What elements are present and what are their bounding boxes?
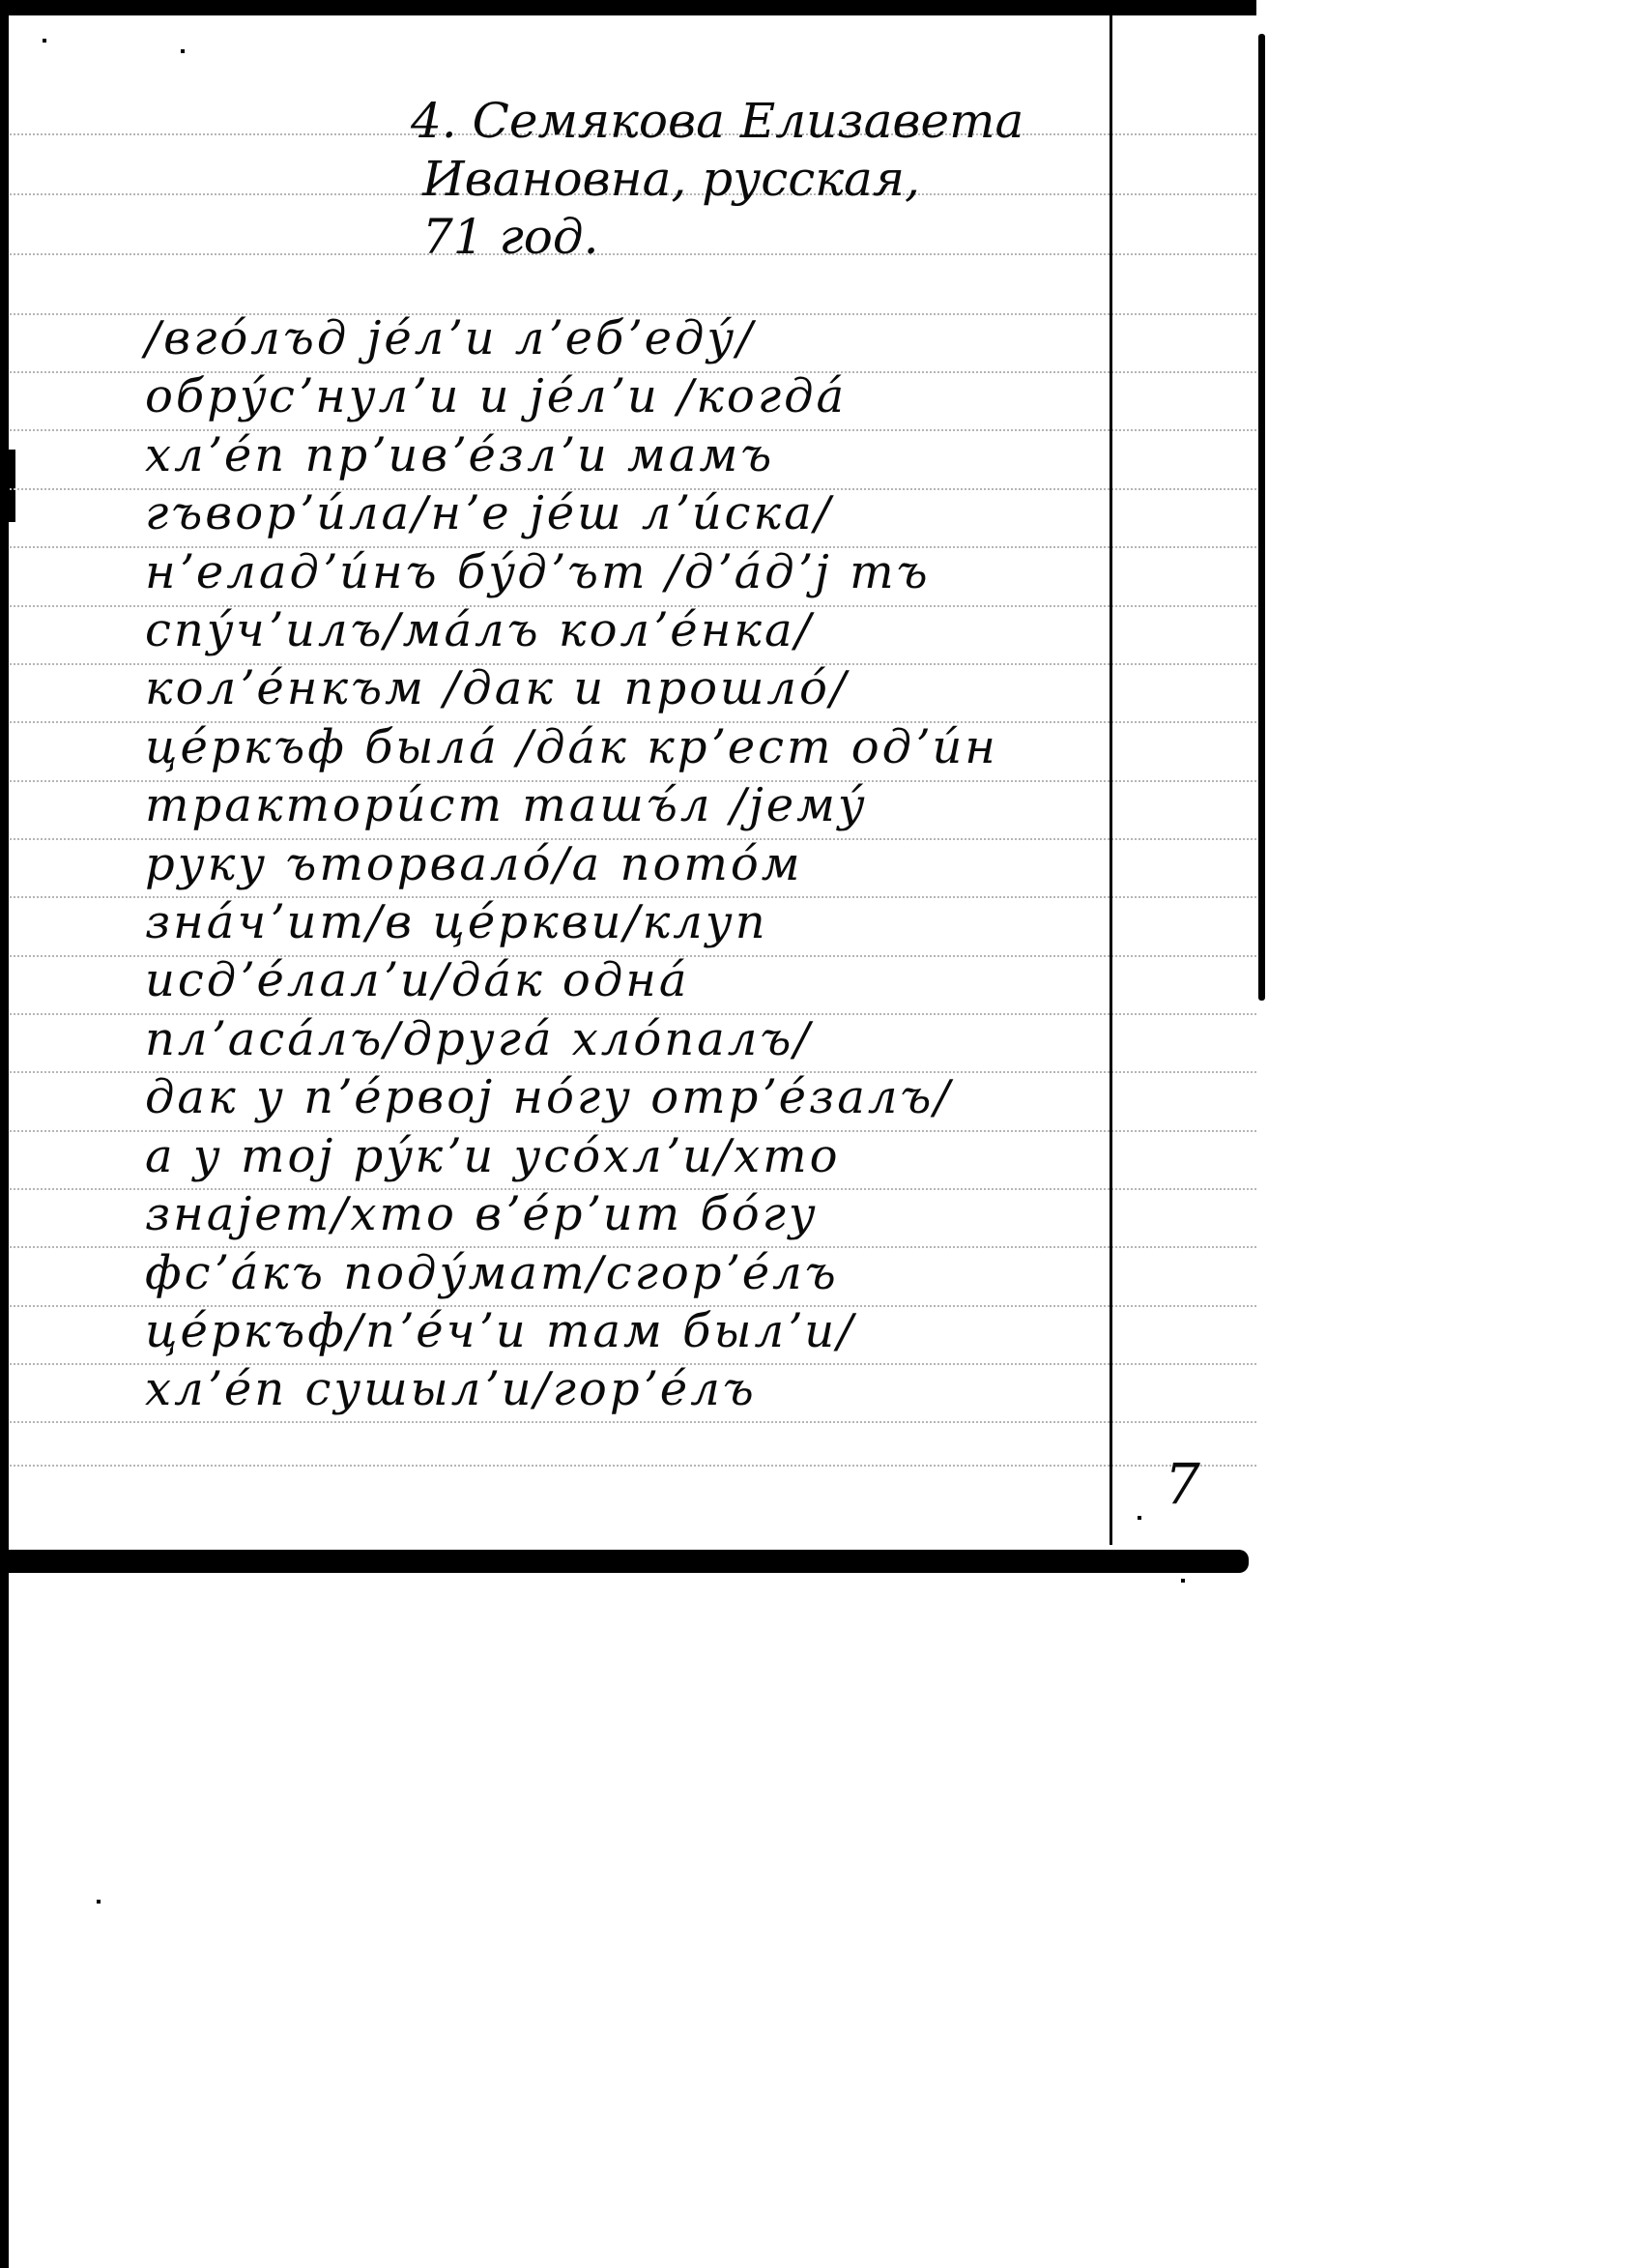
scan-speck xyxy=(1181,1579,1185,1583)
transcription-line: гъворʼи́ла/нʼе jéш лʼи́ска/ xyxy=(145,484,1111,542)
ruled-line xyxy=(10,1421,1256,1423)
transcription-line: /вгóлъд jéлʼи лʼебʼеду́/ xyxy=(145,309,1111,367)
scan-left-edge-shadow xyxy=(0,15,9,2268)
transcription-line: спýчʼилъ/мáлъ колʼéнка/ xyxy=(145,601,1111,659)
scan-left-edge-smudge xyxy=(0,450,15,522)
transcription-line: дак у пʼéрвоj нóгу отрʼéзалъ/ xyxy=(145,1068,1111,1126)
transcription-line: знаjет/хто вʼéрʼит бóгу xyxy=(145,1185,1111,1243)
transcription-line: фсʼáкъ подýмат/сгорʼéлъ xyxy=(145,1244,1111,1302)
scan-speck xyxy=(97,1900,101,1904)
transcription-line: хлʼéп сушылʼи/горʼéлъ xyxy=(145,1360,1111,1418)
header-line-name: 4. Семякова Елизавета xyxy=(411,92,1126,150)
transcription-line: хлʼéп прʼивʼéзлʼи мамъ xyxy=(145,426,1111,484)
scan-bottom-edge-shadow xyxy=(0,1550,1249,1573)
transcription-line: колʼéнкъм /дак и прошлó/ xyxy=(145,659,1111,717)
transcription-line: а у тоj рýкʼи усóхлʼи/хто xyxy=(145,1127,1111,1185)
scan-speck xyxy=(181,49,185,53)
transcription-line: цéркъф/пʼéчʼи там былʼи/ xyxy=(145,1302,1111,1360)
scan-top-edge-shadow xyxy=(0,0,1256,15)
scan-speck xyxy=(1138,1516,1141,1520)
transcription-line: обрýсʼнулʼи и jéлʼи /когдá xyxy=(145,367,1111,425)
transcription-line: трактори́ст ташъ́л /jемý xyxy=(145,776,1111,834)
scan-speck xyxy=(43,39,46,43)
page-number: 7 xyxy=(1165,1455,1200,1513)
header-line-patronymic-nationality: Ивановна, русская, xyxy=(411,150,1126,208)
scan-right-page-edge xyxy=(1258,34,1265,1001)
header-line-age: 71 год. xyxy=(411,208,1126,266)
informant-header: 4. Семякова Елизавета Ивановна, русская,… xyxy=(411,92,1126,266)
transcription-line: цéркъф былá /дáк крʼест одʼи́н xyxy=(145,718,1111,776)
transcription-line: исдʼéлалʼи/дáк однá xyxy=(145,951,1111,1009)
transcription-line: знáчʼит/в цéркви/клуп xyxy=(145,893,1111,951)
scanned-page: 4. Семякова Елизавета Ивановна, русская,… xyxy=(0,0,1643,2268)
transcription-line: плʼасáлъ/другá хлóпалъ/ xyxy=(145,1010,1111,1068)
transcription-body: /вгóлъд jéлʼи лʼебʼеду́/ обрýсʼнулʼи и j… xyxy=(145,309,1111,1419)
transcription-line: руку ъторвалó/а потóм xyxy=(145,835,1111,893)
transcription-line: нʼеладʼи́нъ бýдʼът /дʼáдʼj тъ xyxy=(145,543,1111,601)
ruled-line xyxy=(10,1465,1256,1467)
